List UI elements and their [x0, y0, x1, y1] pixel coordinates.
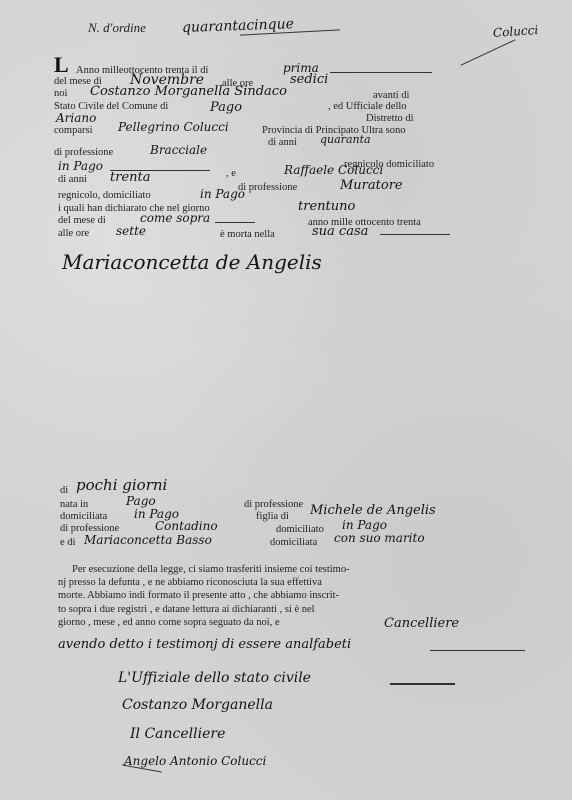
order-number-label: N. d'ordine	[88, 22, 146, 33]
death-month-value: come sopra	[140, 211, 210, 225]
death-place-value: sua casa	[312, 224, 368, 239]
ufficiale-label: , ed Ufficiale dello	[328, 101, 407, 112]
closing-line: nj presso la defunta , e ne abbiamo rico…	[58, 576, 478, 589]
age-2-value: trenta	[110, 170, 150, 185]
signature-cancelliere-name: Angelo Antonio Colucci	[124, 754, 266, 768]
drop-cap-l: L	[54, 52, 69, 78]
distretto-label: Distretto di	[366, 113, 414, 124]
closing-note-rule	[430, 650, 525, 651]
signature-officer-title: L'Uffiziale dello stato civile	[118, 670, 311, 686]
domicile-mother-value: con suo marito	[334, 531, 425, 545]
age-1-value: quaranta	[320, 133, 371, 146]
age-deceased-value: pochi giorni	[76, 476, 167, 494]
profession-2-value: Muratore	[340, 178, 403, 193]
domicile-father-label: domiciliato	[276, 524, 324, 535]
regnicolo-2-label: regnicolo, domiciliato	[58, 190, 151, 201]
death-month-label: del mese di	[58, 215, 106, 226]
deceased-name: Mariaconcetta de Angelis	[62, 250, 322, 274]
domicile-2-value: in Pago	[200, 187, 245, 201]
domicile-mother-label: domiciliata	[270, 537, 317, 548]
civil-death-record-page: N. d'ordine quarantacinque Colucci L Ann…	[0, 0, 572, 800]
closing-line: morte. Abbiamo indi formato il presente …	[58, 589, 478, 602]
daughter-of-label: figlia di	[256, 511, 289, 522]
margin-note-stroke	[461, 39, 516, 65]
domicile-father-value: in Pago	[342, 518, 387, 532]
closing-line: Per esecuzione della legge, ci siamo tra…	[58, 563, 478, 576]
profession-1-value: Bracciale	[150, 143, 207, 157]
domicile-deceased-label: domiciliata	[60, 511, 107, 522]
e-label: , e	[226, 168, 236, 179]
profession-deceased-label: di professione	[244, 499, 303, 510]
death-place-label: è morta nella	[220, 229, 275, 240]
closing-line: to sopra i due registri , e datane lettu…	[58, 603, 478, 616]
father-name: Michele de Angelis	[310, 503, 436, 518]
mother-name: Mariaconcetta Basso	[84, 533, 212, 547]
signature-cancelliere-title: Il Cancelliere	[130, 726, 225, 742]
closing-cancelliere: Cancelliere	[384, 616, 459, 631]
profession-father-value: Contadino	[155, 519, 218, 533]
death-day-value: trentuno	[298, 199, 355, 214]
declarant-2-name: Raffaele Colucci	[284, 163, 383, 177]
closing-note: avendo detto i testimonj di essere analf…	[58, 637, 351, 652]
avanti-label: avanti di	[373, 90, 409, 101]
death-hour-label: alle ore	[58, 228, 89, 239]
born-label: nata in	[60, 499, 88, 510]
death-month-rule	[215, 222, 255, 223]
mother-label: e di	[60, 537, 75, 548]
officer-name: Costanzo Morganella Sindaco	[90, 84, 287, 99]
margin-note: Colucci	[493, 23, 539, 40]
signature-officer-name: Costanzo Morganella	[122, 697, 273, 713]
age-2-label: di anni	[58, 174, 87, 185]
death-place-rule	[380, 234, 450, 235]
comparsi-label: comparsi	[54, 125, 93, 136]
declarant-1-name: Pellegrino Colucci	[118, 120, 229, 134]
domicile-1-value: in Pago	[58, 159, 103, 173]
born-value: Pago	[126, 494, 156, 508]
age-1-label: di anni	[268, 137, 297, 148]
signature-officer-title-rule	[390, 683, 455, 685]
profession-1-label: di professione	[54, 147, 113, 158]
comune-value: Pago	[210, 100, 242, 115]
death-hour-value: sette	[116, 224, 146, 238]
noi-label: noi	[54, 88, 67, 99]
district-value: Ariano	[56, 111, 96, 125]
day-rule	[330, 72, 432, 73]
profession-2-label: di professione	[238, 182, 297, 193]
age-deceased-label: di	[60, 485, 68, 496]
hour-value: sedici	[290, 72, 328, 87]
